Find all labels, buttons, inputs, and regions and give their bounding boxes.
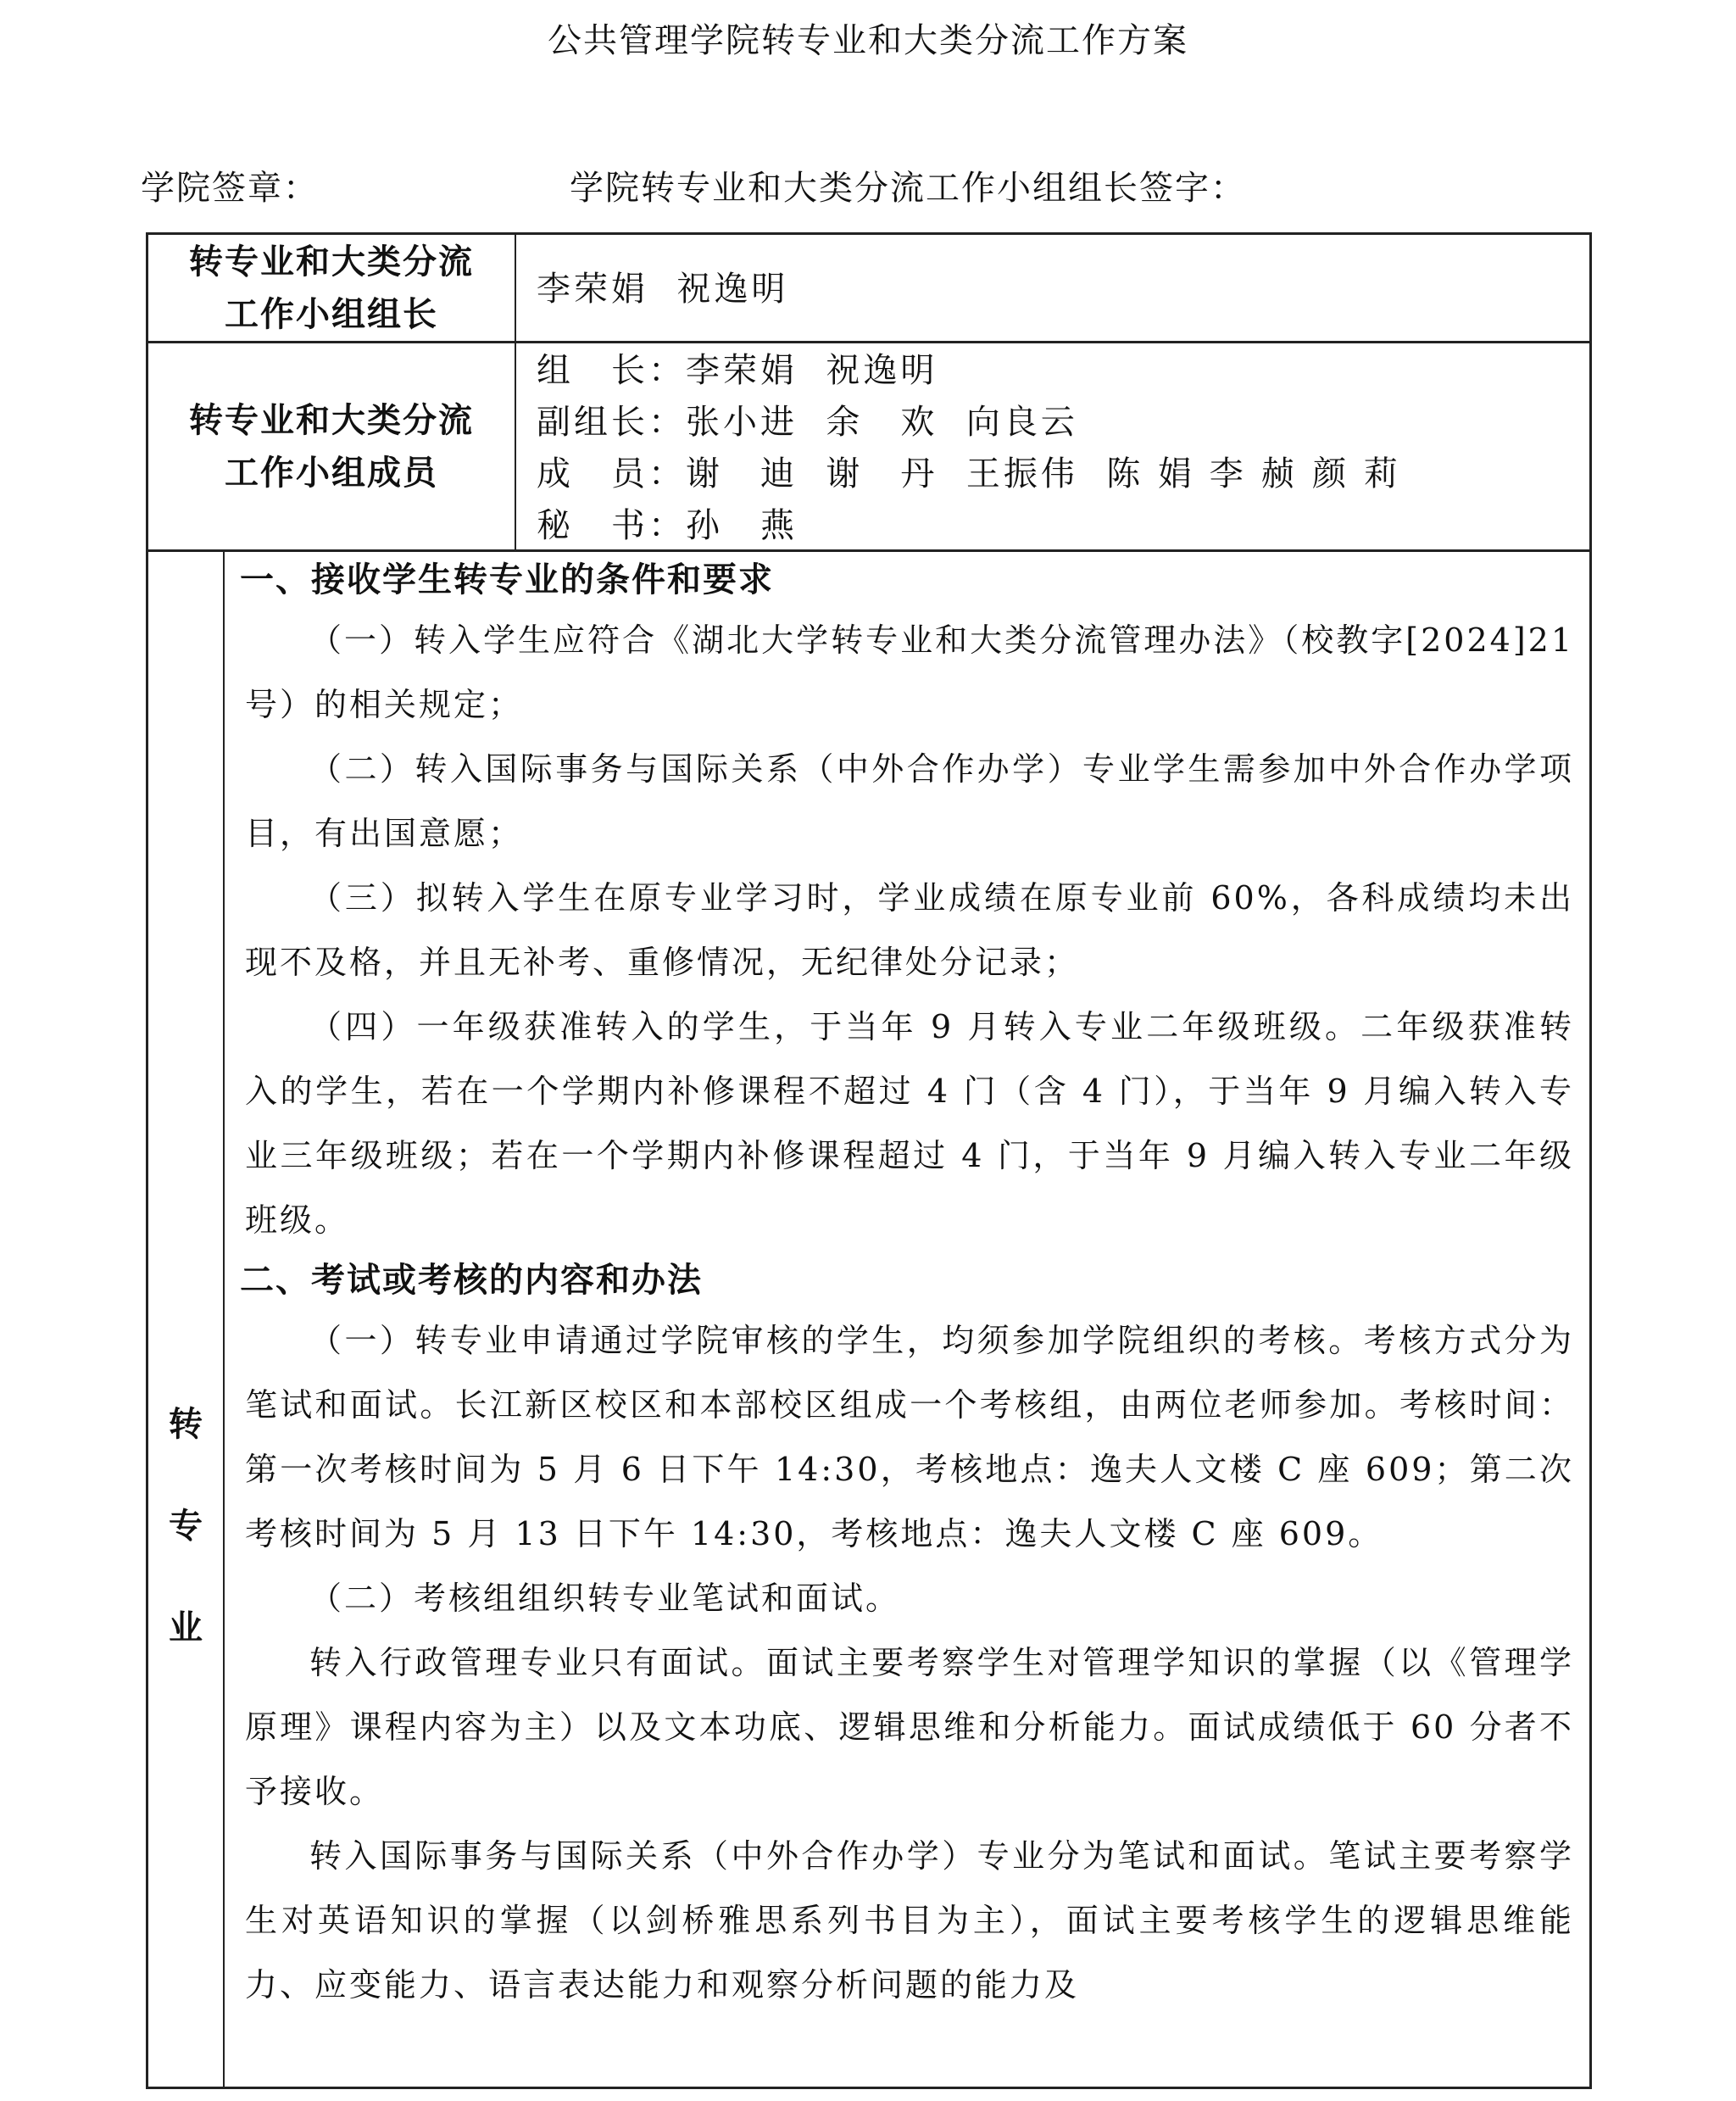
leader-label-line1: 转专业和大类分流	[189, 236, 474, 288]
paragraph: （二）转入国际事务与国际关系（中外合作办学）专业学生需参加中外合作办学项目，有出…	[245, 737, 1574, 866]
leader-label-line2: 工作小组组长	[189, 288, 474, 341]
paragraph: （四）一年级获准转入的学生，于当年 9 月转入专业二年级班级。二年级获准转入的学…	[245, 995, 1574, 1252]
paragraph: （三）拟转入学生在原专业学习时，学业成绩在原专业前 60%，各科成绩均未出现不及…	[245, 866, 1574, 995]
document-title: 公共管理学院转专业和大类分流工作方案	[0, 15, 1736, 66]
section-heading: 一、接收学生转专业的条件和要求	[240, 552, 1574, 608]
leader-label-cell: 转专业和大类分流 工作小组组长	[148, 235, 516, 341]
member-line-secretary: 秘 书：孙 燕	[537, 500, 1589, 552]
member-line-leader: 组 长：李荣娟 祝逸明	[537, 345, 1589, 397]
paragraph: （一）转专业申请通过学院审核的学生，均须参加学院组织的考核。考核方式分为笔试和面…	[245, 1308, 1574, 1566]
leader-names: 李荣娟 祝逸明	[516, 235, 1589, 341]
table-row-transfer-major: 转 专 业 一、接收学生转专业的条件和要求 （一）转入学生应符合《湖北大学转专业…	[148, 552, 1589, 2087]
table-row-members: 转专业和大类分流 工作小组成员 组 长：李荣娟 祝逸明 副组长：张小进 余 欢 …	[148, 343, 1589, 552]
leader-signature-label: 学院转专业和大类分流工作小组组长签字：	[570, 161, 1246, 215]
side-label-char: 转	[148, 1403, 223, 1446]
members-label-line1: 转专业和大类分流	[189, 394, 474, 447]
section-heading: 二、考试或考核的内容和办法	[240, 1252, 1574, 1308]
members-label-cell: 转专业和大类分流 工作小组成员	[148, 343, 516, 549]
member-line-deputy: 副组长：张小进 余 欢 向良云	[537, 397, 1589, 449]
members-label-line2: 工作小组成员	[189, 447, 474, 499]
paragraph: （一）转入学生应符合《湖北大学转专业和大类分流管理办法》（校教字[2024]21…	[245, 608, 1574, 737]
members-list: 组 长：李荣娟 祝逸明 副组长：张小进 余 欢 向良云 成 员：谢 迪 谢 丹 …	[516, 343, 1589, 549]
paragraph: 转入行政管理专业只有面试。面试主要考察学生对管理学知识的掌握（以《管理学原理》课…	[245, 1630, 1574, 1824]
college-seal-label: 学院签章：	[141, 161, 319, 215]
side-label-char: 业	[148, 1607, 223, 1649]
table-row-leader: 转专业和大类分流 工作小组组长 李荣娟 祝逸明	[148, 235, 1589, 343]
body-content: 一、接收学生转专业的条件和要求 （一）转入学生应符合《湖北大学转专业和大类分流管…	[225, 552, 1589, 2087]
paragraph: （二）考核组组织转专业笔试和面试。	[245, 1566, 1574, 1630]
plan-table: 转专业和大类分流 工作小组组长 李荣娟 祝逸明 转专业和大类分流 工作小组成员 …	[146, 232, 1592, 2089]
paragraph: 转入国际事务与国际关系（中外合作办学）专业分为笔试和面试。笔试主要考察学生对英语…	[245, 1824, 1574, 2017]
member-line-members: 成 员：谢 迪 谢 丹 王振伟 陈 娟 李 赪 颜 莉	[537, 449, 1589, 500]
side-label-cell: 转 专 业	[148, 552, 225, 2087]
side-label-char: 专	[148, 1505, 223, 1547]
